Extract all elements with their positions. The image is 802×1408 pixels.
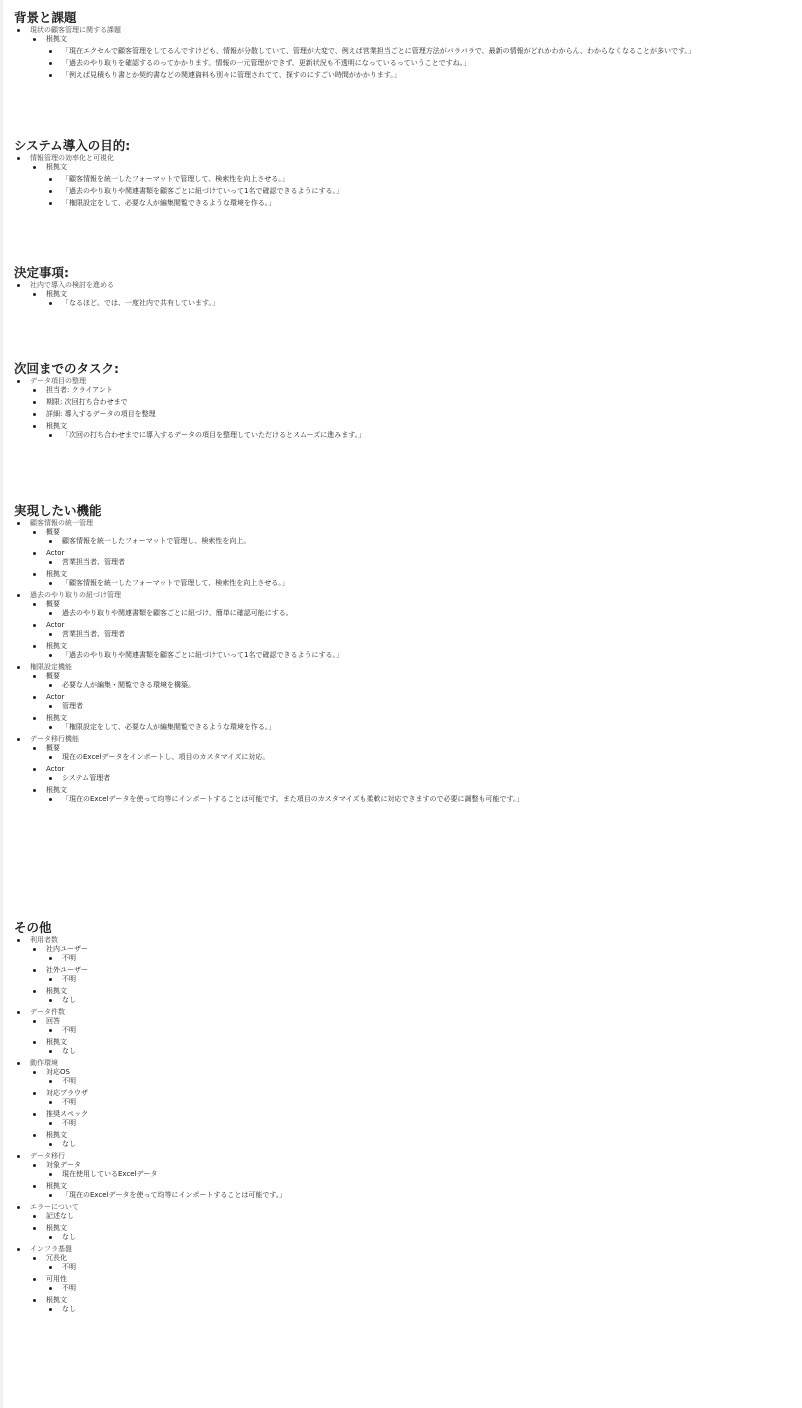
- subtopic-label: 根拠文: [46, 1038, 286, 1047]
- detail-item: 過去のやり取りや関連書類を顧客ごとに紐づけ、簡単に確認可能にする。: [46, 609, 524, 618]
- subtopic-label: Actor: [46, 621, 524, 630]
- detail-item: 不明: [46, 1026, 286, 1035]
- subtopic-item: 期限: 次回打ち合わせまで: [30, 398, 365, 407]
- subtopic-item: 根拠文「次回の打ち合わせまでに導入するデータの項目を整理していただけるとスムーズ…: [30, 422, 365, 440]
- subtopic-item: 回答不明: [30, 1017, 286, 1035]
- subtopic-label: 根拠文: [46, 290, 219, 299]
- subtopic-label: 根拠文: [46, 1131, 286, 1140]
- topic-item: インフラ基盤冗長化不明可用性不明根拠文なし: [14, 1245, 286, 1314]
- subtopic-item: 詳細: 導入するデータの項目を整理: [30, 410, 365, 419]
- topic-item: 動作環境対応OS不明対応ブラウザ不明推奨スペック不明根拠文なし: [14, 1059, 286, 1149]
- subtopic-label: 期限: 次回打ち合わせまで: [46, 398, 365, 407]
- topic-list: 現状の顧客管理に関する課題根拠文「現在エクセルで顧客管理をしてるんですけども、情…: [14, 26, 695, 80]
- detail-list: 不明: [46, 975, 286, 984]
- detail-item: 現在のExcelデータをインポートし、項目のカスタマイズに対応。: [46, 753, 524, 762]
- subtopic-item: 根拠文「権限設定をして、必要な人が編集閲覧できるような環境を作る。」: [30, 714, 524, 732]
- subtopic-list: 概要過去のやり取りや関連書類を顧客ごとに紐づけ、簡単に確認可能にする。Actor…: [30, 600, 524, 660]
- subtopic-item: 社内ユーザー不明: [30, 945, 286, 963]
- subtopic-list: 根拠文「なるほど。では、一度社内で共有しています。」: [30, 290, 219, 308]
- detail-list: 「現在のExcelデータを使って均等にインポートすることは可能です。」: [46, 1191, 286, 1200]
- detail-list: 不明: [46, 1263, 286, 1272]
- subtopic-item: 根拠文「顧客情報を統一したフォーマットで管理して、検索性を向上させる。」「過去の…: [30, 163, 343, 208]
- detail-item: 不明: [46, 1284, 286, 1293]
- detail-item: 営業担当者、管理者: [46, 558, 524, 567]
- subtopic-item: 社外ユーザー不明: [30, 966, 286, 984]
- section-title: 決定事項:: [14, 265, 219, 281]
- subtopic-item: Actor管理者: [30, 693, 524, 711]
- subtopic-list: 冗長化不明可用性不明根拠文なし: [30, 1254, 286, 1314]
- subtopic-item: 根拠文「過去のやり取りや関連書類を顧客ごとに紐づけていって1名で確認できるように…: [30, 642, 524, 660]
- subtopic-label: 概要: [46, 744, 524, 753]
- detail-list: 「現在エクセルで顧客管理をしてるんですけども、情報が分散していて、管理が大変で、…: [46, 47, 695, 80]
- subtopic-item: Actor営業担当者、管理者: [30, 549, 524, 567]
- topic-label: 現状の顧客管理に関する課題: [30, 26, 695, 35]
- detail-item: 現在使用しているExcelデータ: [46, 1170, 286, 1179]
- subtopic-item: 対応ブラウザ不明: [30, 1089, 286, 1107]
- subtopic-label: 根拠文: [46, 786, 524, 795]
- subtopic-label: Actor: [46, 693, 524, 702]
- detail-list: 営業担当者、管理者: [46, 630, 524, 639]
- subtopic-list: 対象データ現在使用しているExcelデータ根拠文「現在のExcelデータを使って…: [30, 1161, 286, 1200]
- subtopic-list: 回答不明根拠文なし: [30, 1017, 286, 1056]
- detail-list: 現在のExcelデータをインポートし、項目のカスタマイズに対応。: [46, 753, 524, 762]
- subtopic-item: 対象データ現在使用しているExcelデータ: [30, 1161, 286, 1179]
- detail-item: 「現在のExcelデータを使って均等にインポートすることは可能です。また項目のカ…: [46, 795, 524, 804]
- topic-list: 社内で導入の検討を進める根拠文「なるほど。では、一度社内で共有しています。」: [14, 281, 219, 308]
- section-title: 次回までのタスク:: [14, 361, 365, 377]
- detail-list: 「権限設定をして、必要な人が編集閲覧できるような環境を作る。」: [46, 723, 524, 732]
- detail-item: 「なるほど。では、一度社内で共有しています。」: [46, 299, 219, 308]
- section-tasks: 次回までのタスク:データ項目の整理担当者: クライアント期限: 次回打ち合わせま…: [14, 361, 365, 443]
- subtopic-label: 対応OS: [46, 1068, 286, 1077]
- detail-item: なし: [46, 1305, 286, 1314]
- topic-item: データ移行対象データ現在使用しているExcelデータ根拠文「現在のExcelデー…: [14, 1152, 286, 1200]
- subtopic-item: Actorシステム管理者: [30, 765, 524, 783]
- topic-label: 社内で導入の検討を進める: [30, 281, 219, 290]
- topic-item: データ項目の整理担当者: クライアント期限: 次回打ち合わせまで詳細: 導入する…: [14, 377, 365, 440]
- section-features: 実現したい機能顧客情報の統一管理概要顧客情報を統一したフォーマットで管理し、検索…: [14, 503, 524, 807]
- subtopic-label: 可用性: [46, 1275, 286, 1284]
- section-title: その他: [14, 920, 286, 936]
- subtopic-list: 概要現在のExcelデータをインポートし、項目のカスタマイズに対応。Actorシ…: [30, 744, 524, 804]
- subtopic-list: 概要顧客情報を統一したフォーマットで管理し、検索性を向上。Actor営業担当者、…: [30, 528, 524, 588]
- topic-item: データ移行機能概要現在のExcelデータをインポートし、項目のカスタマイズに対応…: [14, 735, 524, 804]
- left-margin-strip: [0, 0, 3, 1408]
- section-title: システム導入の目的:: [14, 138, 343, 154]
- subtopic-label: 社外ユーザー: [46, 966, 286, 975]
- subtopic-item: 根拠文なし: [30, 1224, 286, 1242]
- subtopic-item: 冗長化不明: [30, 1254, 286, 1272]
- subtopic-item: 根拠文「現在エクセルで顧客管理をしてるんですけども、情報が分散していて、管理が大…: [30, 35, 695, 80]
- subtopic-label: 記述なし: [46, 1212, 286, 1221]
- detail-list: 不明: [46, 1284, 286, 1293]
- detail-list: 「なるほど。では、一度社内で共有しています。」: [46, 299, 219, 308]
- detail-item: 管理者: [46, 702, 524, 711]
- subtopic-item: 担当者: クライアント: [30, 386, 365, 395]
- subtopic-item: 可用性不明: [30, 1275, 286, 1293]
- subtopic-label: Actor: [46, 765, 524, 774]
- subtopic-list: 担当者: クライアント期限: 次回打ち合わせまで詳細: 導入するデータの項目を整…: [30, 386, 365, 440]
- subtopic-label: 社内ユーザー: [46, 945, 286, 954]
- detail-list: なし: [46, 1233, 286, 1242]
- detail-item: なし: [46, 996, 286, 1005]
- detail-item: 「過去のやり取りや関連書類を顧客ごとに紐づけていって1名で確認できるようにする。…: [46, 187, 343, 196]
- subtopic-label: 概要: [46, 600, 524, 609]
- detail-list: 「顧客情報を統一したフォーマットで管理して、検索性を向上させる。」: [46, 579, 524, 588]
- detail-list: なし: [46, 1047, 286, 1056]
- section-others: その他利用者数社内ユーザー不明社外ユーザー不明根拠文なしデータ件数回答不明根拠文…: [14, 920, 286, 1317]
- subtopic-label: 回答: [46, 1017, 286, 1026]
- detail-item: 「例えば見積もり書とか契約書などの関連資料も別々に管理されてて、探すのにすごい時…: [46, 71, 695, 80]
- subtopic-item: 概要必要な人が編集・閲覧できる環境を構築。: [30, 672, 524, 690]
- detail-item: 営業担当者、管理者: [46, 630, 524, 639]
- detail-item: 不明: [46, 954, 286, 963]
- subtopic-label: Actor: [46, 549, 524, 558]
- subtopic-item: 根拠文なし: [30, 987, 286, 1005]
- subtopic-item: 根拠文「現在のExcelデータを使って均等にインポートすることは可能です。」: [30, 1182, 286, 1200]
- topic-item: 現状の顧客管理に関する課題根拠文「現在エクセルで顧客管理をしてるんですけども、情…: [14, 26, 695, 80]
- detail-list: なし: [46, 1305, 286, 1314]
- detail-item: システム管理者: [46, 774, 524, 783]
- topic-item: エラーについて記述なし根拠文なし: [14, 1203, 286, 1242]
- detail-list: 必要な人が編集・閲覧できる環境を構築。: [46, 681, 524, 690]
- topic-list: 利用者数社内ユーザー不明社外ユーザー不明根拠文なしデータ件数回答不明根拠文なし動…: [14, 936, 286, 1314]
- detail-list: 不明: [46, 1098, 286, 1107]
- detail-item: 「現在エクセルで顧客管理をしてるんですけども、情報が分散していて、管理が大変で、…: [46, 47, 695, 56]
- topic-item: 権限設定機能概要必要な人が編集・閲覧できる環境を構築。Actor管理者根拠文「権…: [14, 663, 524, 732]
- topic-label: 過去のやり取りの紐づけ管理: [30, 591, 524, 600]
- subtopic-label: 推奨スペック: [46, 1110, 286, 1119]
- subtopic-label: 根拠文: [46, 1182, 286, 1191]
- subtopic-list: 記述なし根拠文なし: [30, 1212, 286, 1242]
- detail-list: 営業担当者、管理者: [46, 558, 524, 567]
- detail-list: 管理者: [46, 702, 524, 711]
- topic-list: データ項目の整理担当者: クライアント期限: 次回打ち合わせまで詳細: 導入する…: [14, 377, 365, 440]
- detail-item: 「過去のやり取りを確認するのってかかります。情報の一元管理ができず、更新状況も不…: [46, 59, 695, 68]
- section-background: 背景と課題現状の顧客管理に関する課題根拠文「現在エクセルで顧客管理をしてるんです…: [14, 10, 695, 83]
- topic-label: 利用者数: [30, 936, 286, 945]
- topic-item: 情報管理の効率化と可視化根拠文「顧客情報を統一したフォーマットで管理して、検索性…: [14, 154, 343, 208]
- topic-list: 情報管理の効率化と可視化根拠文「顧客情報を統一したフォーマットで管理して、検索性…: [14, 154, 343, 208]
- section-purpose: システム導入の目的:情報管理の効率化と可視化根拠文「顧客情報を統一したフォーマッ…: [14, 138, 343, 211]
- topic-label: エラーについて: [30, 1203, 286, 1212]
- detail-item: 「権限設定をして、必要な人が編集閲覧できるような環境を作る。」: [46, 199, 343, 208]
- detail-item: 「顧客情報を統一したフォーマットで管理して、検索性を向上させる。」: [46, 579, 524, 588]
- topic-item: 社内で導入の検討を進める根拠文「なるほど。では、一度社内で共有しています。」: [14, 281, 219, 308]
- subtopic-list: 根拠文「現在エクセルで顧客管理をしてるんですけども、情報が分散していて、管理が大…: [30, 35, 695, 80]
- detail-list: 過去のやり取りや関連書類を顧客ごとに紐づけ、簡単に確認可能にする。: [46, 609, 524, 618]
- detail-item: 顧客情報を統一したフォーマットで管理し、検索性を向上。: [46, 537, 524, 546]
- topic-item: 過去のやり取りの紐づけ管理概要過去のやり取りや関連書類を顧客ごとに紐づけ、簡単に…: [14, 591, 524, 660]
- detail-item: 「顧客情報を統一したフォーマットで管理して、検索性を向上させる。」: [46, 175, 343, 184]
- detail-list: システム管理者: [46, 774, 524, 783]
- topic-label: 権限設定機能: [30, 663, 524, 672]
- section-title: 背景と課題: [14, 10, 695, 26]
- subtopic-list: 社内ユーザー不明社外ユーザー不明根拠文なし: [30, 945, 286, 1005]
- subtopic-item: 根拠文「現在のExcelデータを使って均等にインポートすることは可能です。また項…: [30, 786, 524, 804]
- detail-list: 「現在のExcelデータを使って均等にインポートすることは可能です。また項目のカ…: [46, 795, 524, 804]
- subtopic-item: 概要現在のExcelデータをインポートし、項目のカスタマイズに対応。: [30, 744, 524, 762]
- subtopic-item: 概要過去のやり取りや関連書類を顧客ごとに紐づけ、簡単に確認可能にする。: [30, 600, 524, 618]
- topic-list: 顧客情報の統一管理概要顧客情報を統一したフォーマットで管理し、検索性を向上。Ac…: [14, 519, 524, 804]
- subtopic-label: 詳細: 導入するデータの項目を整理: [46, 410, 365, 419]
- topic-item: データ件数回答不明根拠文なし: [14, 1008, 286, 1056]
- subtopic-label: 対応ブラウザ: [46, 1089, 286, 1098]
- subtopic-label: 根拠文: [46, 714, 524, 723]
- subtopic-item: 対応OS不明: [30, 1068, 286, 1086]
- detail-item: なし: [46, 1233, 286, 1242]
- detail-item: なし: [46, 1047, 286, 1056]
- detail-item: 「過去のやり取りや関連書類を顧客ごとに紐づけていって1名で確認できるようにする。…: [46, 651, 524, 660]
- subtopic-label: 根拠文: [46, 1224, 286, 1233]
- topic-label: 顧客情報の統一管理: [30, 519, 524, 528]
- subtopic-item: 推奨スペック不明: [30, 1110, 286, 1128]
- subtopic-item: Actor営業担当者、管理者: [30, 621, 524, 639]
- subtopic-label: 冗長化: [46, 1254, 286, 1263]
- detail-list: 顧客情報を統一したフォーマットで管理し、検索性を向上。: [46, 537, 524, 546]
- topic-label: 動作環境: [30, 1059, 286, 1068]
- detail-item: 不明: [46, 975, 286, 984]
- detail-item: 不明: [46, 1119, 286, 1128]
- subtopic-list: 概要必要な人が編集・閲覧できる環境を構築。Actor管理者根拠文「権限設定をして…: [30, 672, 524, 732]
- topic-item: 利用者数社内ユーザー不明社外ユーザー不明根拠文なし: [14, 936, 286, 1005]
- detail-item: なし: [46, 1140, 286, 1149]
- section-title: 実現したい機能: [14, 503, 524, 519]
- subtopic-label: 根拠文: [46, 422, 365, 431]
- detail-list: なし: [46, 996, 286, 1005]
- subtopic-label: 概要: [46, 672, 524, 681]
- detail-list: 不明: [46, 1026, 286, 1035]
- detail-item: 不明: [46, 1077, 286, 1086]
- topic-label: インフラ基盤: [30, 1245, 286, 1254]
- subtopic-list: 根拠文「顧客情報を統一したフォーマットで管理して、検索性を向上させる。」「過去の…: [30, 163, 343, 208]
- subtopic-list: 対応OS不明対応ブラウザ不明推奨スペック不明根拠文なし: [30, 1068, 286, 1149]
- subtopic-item: 記述なし: [30, 1212, 286, 1221]
- topic-label: データ項目の整理: [30, 377, 365, 386]
- subtopic-label: 根拠文: [46, 642, 524, 651]
- detail-item: 「次回の打ち合わせまでに導入するデータの項目を整理していただけるとスムーズに進み…: [46, 431, 365, 440]
- detail-list: 「顧客情報を統一したフォーマットで管理して、検索性を向上させる。」「過去のやり取…: [46, 175, 343, 208]
- subtopic-label: 概要: [46, 528, 524, 537]
- subtopic-label: 根拠文: [46, 163, 343, 172]
- subtopic-item: 概要顧客情報を統一したフォーマットで管理し、検索性を向上。: [30, 528, 524, 546]
- detail-item: 不明: [46, 1098, 286, 1107]
- subtopic-item: 根拠文「顧客情報を統一したフォーマットで管理して、検索性を向上させる。」: [30, 570, 524, 588]
- detail-item: 必要な人が編集・閲覧できる環境を構築。: [46, 681, 524, 690]
- subtopic-item: 根拠文なし: [30, 1296, 286, 1314]
- detail-item: 不明: [46, 1263, 286, 1272]
- subtopic-label: 根拠文: [46, 1296, 286, 1305]
- topic-label: データ件数: [30, 1008, 286, 1017]
- subtopic-label: 担当者: クライアント: [46, 386, 365, 395]
- subtopic-label: 根拠文: [46, 570, 524, 579]
- detail-list: 不明: [46, 954, 286, 963]
- topic-label: データ移行: [30, 1152, 286, 1161]
- topic-label: データ移行機能: [30, 735, 524, 744]
- detail-list: 「過去のやり取りや関連書類を顧客ごとに紐づけていって1名で確認できるようにする。…: [46, 651, 524, 660]
- topic-item: 顧客情報の統一管理概要顧客情報を統一したフォーマットで管理し、検索性を向上。Ac…: [14, 519, 524, 588]
- detail-list: 現在使用しているExcelデータ: [46, 1170, 286, 1179]
- detail-list: なし: [46, 1140, 286, 1149]
- detail-item: 「現在のExcelデータを使って均等にインポートすることは可能です。」: [46, 1191, 286, 1200]
- detail-list: 「次回の打ち合わせまでに導入するデータの項目を整理していただけるとスムーズに進み…: [46, 431, 365, 440]
- topic-label: 情報管理の効率化と可視化: [30, 154, 343, 163]
- subtopic-label: 根拠文: [46, 35, 695, 44]
- subtopic-item: 根拠文なし: [30, 1131, 286, 1149]
- subtopic-item: 根拠文なし: [30, 1038, 286, 1056]
- section-decisions: 決定事項:社内で導入の検討を進める根拠文「なるほど。では、一度社内で共有していま…: [14, 265, 219, 311]
- detail-list: 不明: [46, 1077, 286, 1086]
- subtopic-item: 根拠文「なるほど。では、一度社内で共有しています。」: [30, 290, 219, 308]
- subtopic-label: 対象データ: [46, 1161, 286, 1170]
- subtopic-label: 根拠文: [46, 987, 286, 996]
- detail-item: 「権限設定をして、必要な人が編集閲覧できるような環境を作る。」: [46, 723, 524, 732]
- detail-list: 不明: [46, 1119, 286, 1128]
